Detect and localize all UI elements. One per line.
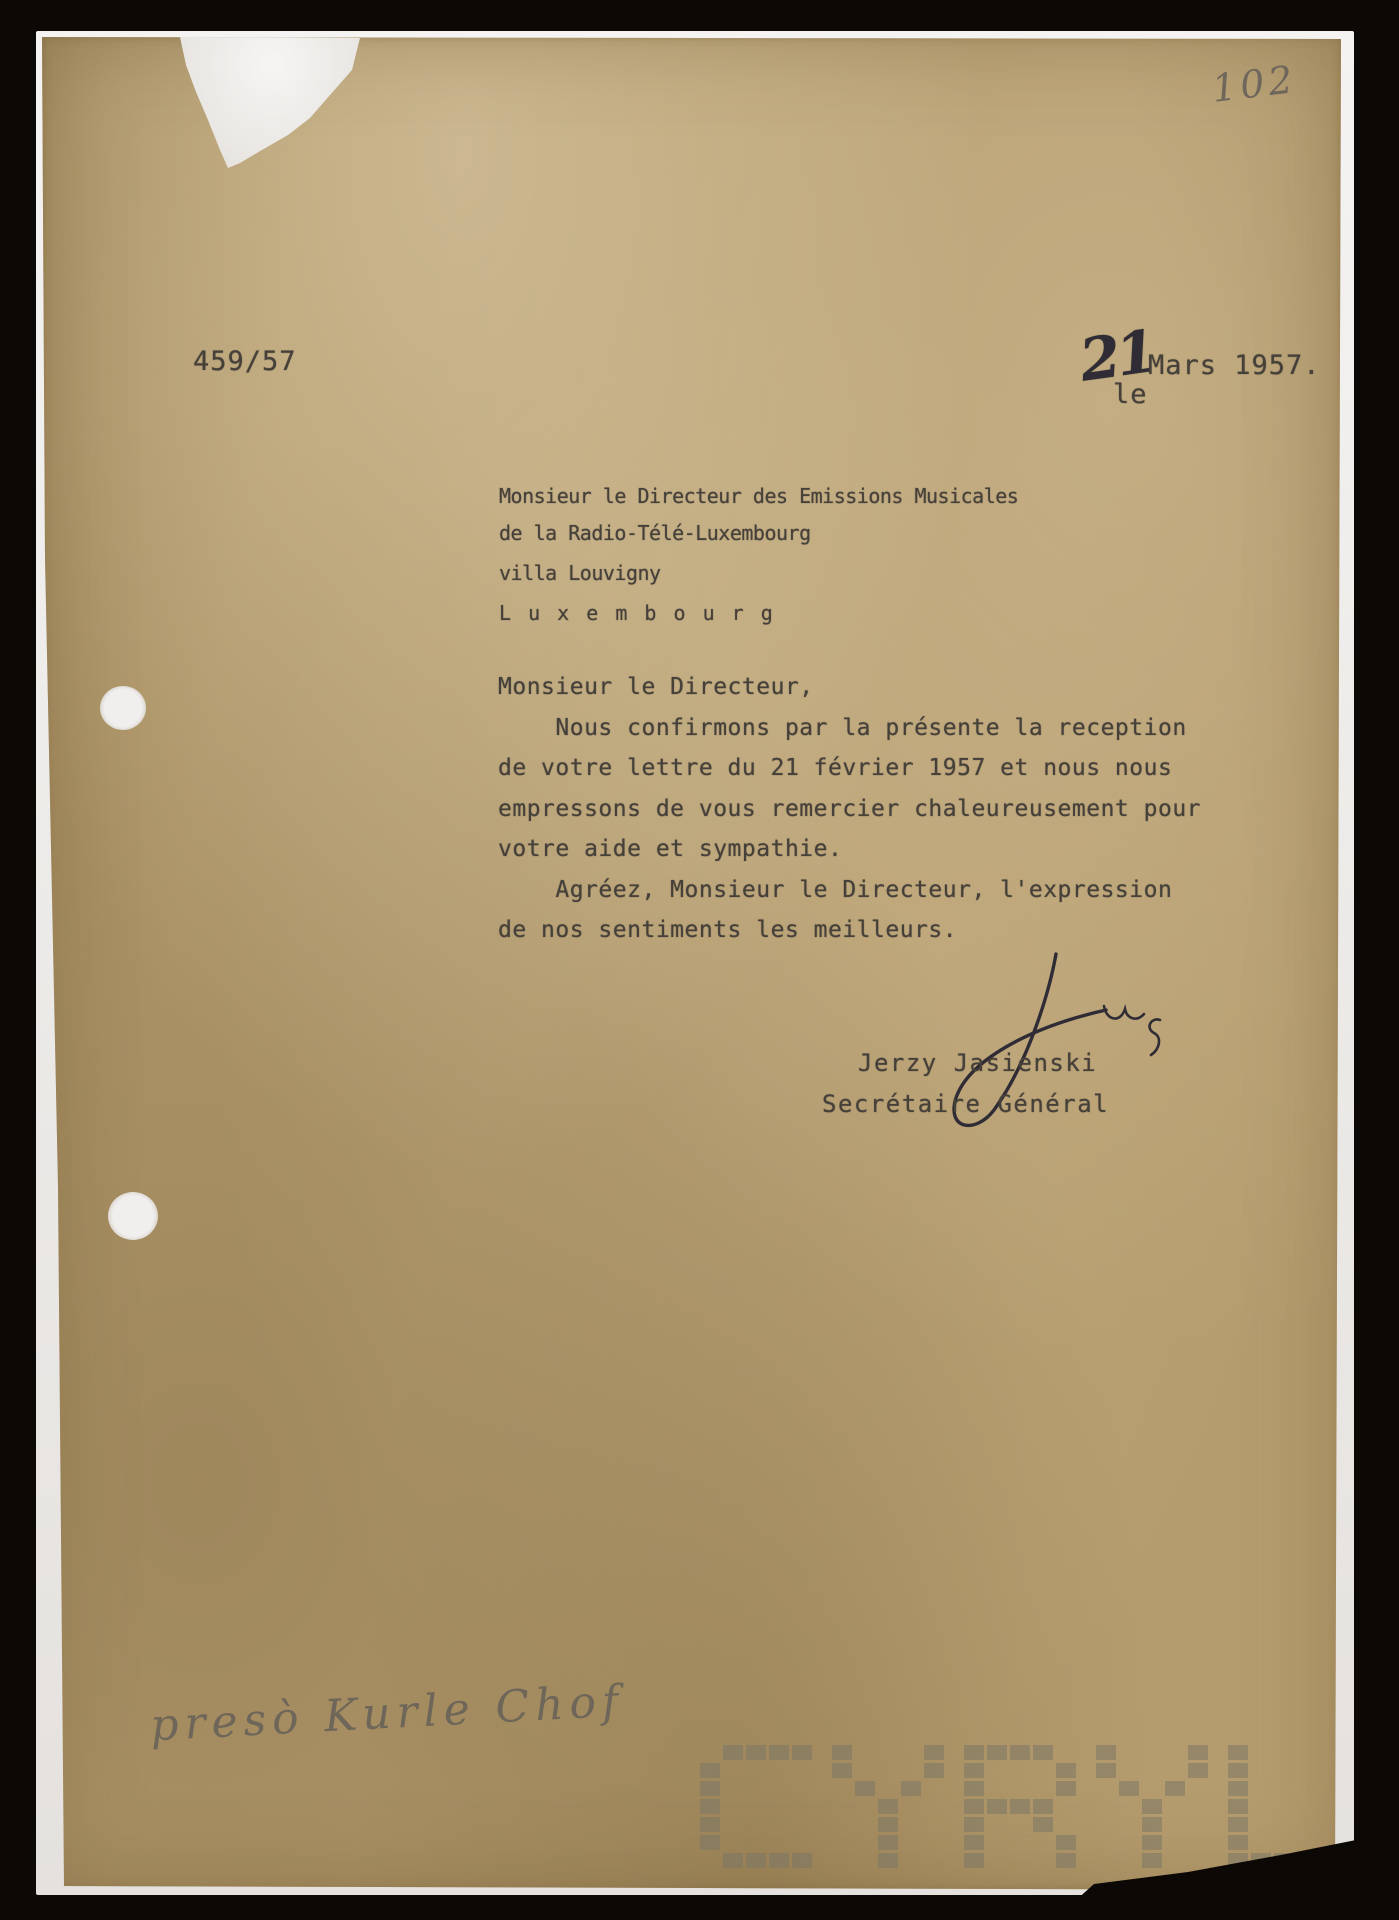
reference-number: 459/57: [193, 346, 297, 377]
recipient-line: de la Radio-Télé-Luxembourg: [499, 521, 1018, 558]
date-month-year: Mars 1957.: [1148, 350, 1321, 381]
body-line: Agréez, Monsieur le Directeur, l'express…: [498, 877, 1201, 918]
watermark-letter: [700, 1745, 812, 1868]
recipient-block: Monsieur le Directeur des Emissions Musi…: [499, 484, 1018, 638]
letter-body: Monsieur le Directeur, Nous confirmons p…: [498, 674, 1201, 958]
watermark-letter: [1096, 1745, 1208, 1868]
recipient-line: L u x e m b o u r g: [499, 601, 1018, 638]
recipient-line: Monsieur le Directeur des Emissions Musi…: [499, 484, 1018, 521]
body-line: Nous confirmons par la présente la recep…: [498, 715, 1201, 756]
hole-punch-top: [100, 686, 146, 730]
date-day-handwritten: 21: [1076, 317, 1157, 394]
body-line: Monsieur le Directeur,: [498, 674, 1201, 715]
recipient-line: villa Louvigny: [499, 561, 1018, 598]
signer-title: Secrétaire Général: [822, 1090, 1109, 1118]
body-line: empressons de vous remercier chaleureuse…: [498, 796, 1201, 837]
signer-name: Jerzy Jasienski: [858, 1049, 1097, 1077]
body-line: votre aide et sympathie.: [498, 836, 1201, 877]
watermark-letter: [832, 1745, 944, 1868]
scanned-letter: 102 459/57 le 21 Mars 1957. Monsieur le …: [0, 0, 1399, 1920]
body-line: de votre lettre du 21 février 1957 et no…: [498, 755, 1201, 796]
date-line: le 21 Mars 1957.: [1044, 348, 1148, 503]
watermark: [700, 1745, 1340, 1868]
hole-punch-bottom: [108, 1192, 158, 1240]
watermark-letter: [964, 1745, 1076, 1868]
